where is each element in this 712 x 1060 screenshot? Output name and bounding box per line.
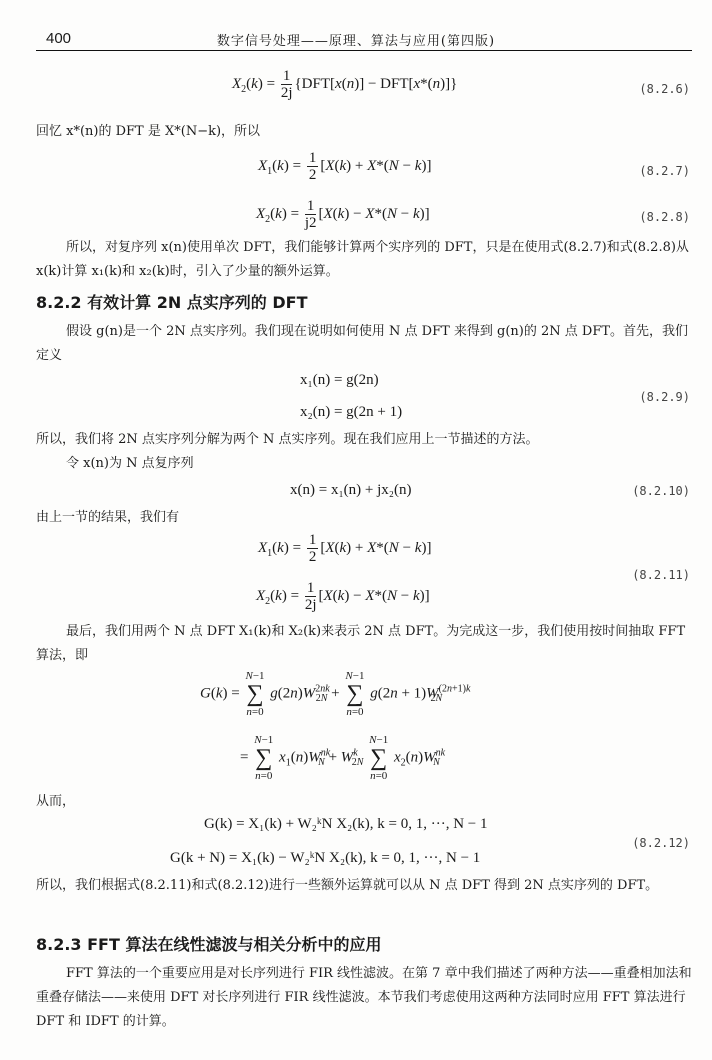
equation-8-2-10: x(n) = x₁(n) + jx₂(n) xyxy=(290,482,412,499)
equation-label: (8.2.9) xyxy=(639,390,690,404)
section-heading-8-2-3: 8.2.3 FFT 算法在线性滤波与相关分析中的应用 xyxy=(36,932,381,955)
paragraph: 所以，对复序列 x(n)使用单次 DFT，我们能够计算两个实序列的 DFT，只是… xyxy=(36,236,692,284)
equation-label: (8.2.11) xyxy=(632,568,690,582)
equation-label: (8.2.12) xyxy=(632,836,690,850)
paragraph: 最后，我们用两个 N 点 DFT X₁(k)和 X₂(k)来表示 2N 点 DF… xyxy=(36,620,692,668)
equation-8-2-8: X2(k) = 1j2[X(k) − X*(N − k)] xyxy=(256,198,430,231)
paragraph: FFT 算法的一个重要应用是对长序列进行 FIR 线性滤波。在第 7 章中我们描… xyxy=(36,962,692,1034)
equation-8-2-12-line1: G(k) = X₁(k) + W₂ᵏN X₂(k), k = 0, 1, ···… xyxy=(204,816,488,833)
paragraph: 令 x(n)为 N 点复序列 xyxy=(36,452,692,476)
equation-8-2-9-line2: x₂(n) = g(2n + 1) xyxy=(300,404,402,421)
paragraph: 从而， xyxy=(36,790,692,814)
paragraph: 所以，我们将 2N 点实序列分解为两个 N 点实序列。现在我们应用上一节描述的方… xyxy=(36,428,692,452)
equation-label: (8.2.7) xyxy=(639,164,690,178)
paragraph: 回忆 x*(n)的 DFT 是 X*(N−k)，所以 xyxy=(36,120,692,144)
equation-label: (8.2.10) xyxy=(632,484,690,498)
equation-8-2-6: X2(k) = 12j{DFT[x(n)] − DFT[x*(n)]} xyxy=(232,68,457,101)
equation-gk-line1: G(k) = N−1∑n=0 g(2n)W2nk2N + N−1∑n=0 g(2… xyxy=(200,670,442,718)
equation-8-2-11-line1: X1(k) = 12[X(k) + X*(N − k)] xyxy=(258,532,431,565)
running-header-title: 数字信号处理——原理、算法与应用(第四版) xyxy=(0,30,712,49)
equation-8-2-12-line2: G(k + N) = X₁(k) − W₂ᵏN X₂(k), k = 0, 1,… xyxy=(170,850,480,867)
paragraph: 所以，我们根据式(8.2.11)和式(8.2.12)进行一些额外运算就可以从 N… xyxy=(36,874,692,898)
paragraph: 假设 g(n)是一个 2N 点实序列。我们现在说明如何使用 N 点 DFT 来得… xyxy=(36,320,692,368)
paragraph: 由上一节的结果，我们有 xyxy=(36,506,692,530)
equation-label: (8.2.6) xyxy=(639,82,690,96)
equation-8-2-11-line2: X2(k) = 12j[X(k) − X*(N − k)] xyxy=(256,580,430,613)
equation-label: (8.2.8) xyxy=(639,210,690,224)
equation-gk-line2: = N−1∑n=0 x1(n)WnkN + Wk2N N−1∑n=0 x2(n)… xyxy=(240,734,440,782)
equation-8-2-9-line1: x₁(n) = g(2n) xyxy=(300,372,379,389)
equation-8-2-7: X1(k) = 12[X(k) + X*(N − k)] xyxy=(258,150,431,183)
section-heading-8-2-2: 8.2.2 有效计算 2N 点实序列的 DFT xyxy=(36,290,308,313)
header-divider xyxy=(36,50,692,51)
